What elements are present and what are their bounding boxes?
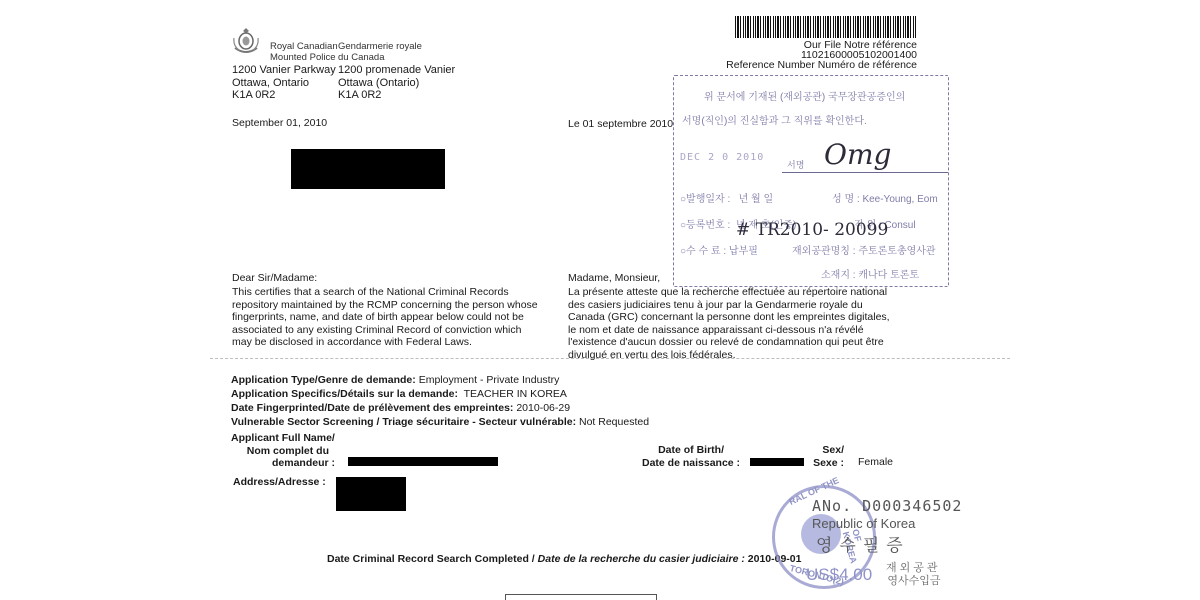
stamp-line-2: 서명(직인)의 진실함과 그 직위를 확인한다. <box>682 112 867 127</box>
rcmp-crest-icon <box>232 26 260 58</box>
date-en: September 01, 2010 <box>232 117 327 130</box>
signature-line <box>782 172 948 173</box>
reference-number-label: Reference Number Numéro de référence <box>726 60 917 71</box>
section-divider <box>210 358 1010 359</box>
sex-value: Female <box>858 456 893 469</box>
fee-label: ○수 수 료 : 납부필 <box>680 242 758 257</box>
handwritten-registration-number: # TR2010- 20099 <box>736 220 888 240</box>
application-type: Application Type/Genre de demande: Emplo… <box>231 374 559 387</box>
redacted-dob <box>750 458 804 466</box>
address-en: 1200 Vanier Parkway Ottawa, Ontario K1A … <box>232 64 336 102</box>
address-fr: 1200 promenade Vanier Ottawa (Ontario) K… <box>338 64 455 102</box>
org-name-en: Royal Canadian Mounted Police <box>270 42 338 63</box>
vulnerable-sector-screening: Vulnerable Sector Screening / Triage séc… <box>231 416 649 429</box>
office-name: 재외공관명칭 : 주토론토총영사관 <box>792 242 936 257</box>
receipt-fee: US$4.00 <box>806 565 872 585</box>
body-fr: La présente atteste que la recherche eff… <box>568 286 908 361</box>
applicant-name-label: Applicant Full Name/ Nom complet du dema… <box>231 432 335 470</box>
signature-label: 서명 <box>787 158 804 171</box>
body-en: This certifies that a search of the Nati… <box>232 286 552 349</box>
salutation-en: Dear Sir/Madame: <box>232 272 317 285</box>
barcode <box>735 16 917 38</box>
stamp-date: DEC 2 0 2010 <box>680 152 764 163</box>
signature-box <box>505 594 657 600</box>
org-name-fr: Gendarmerie royale du Canada <box>338 42 422 63</box>
receipt-title: 영수필증 <box>816 531 962 556</box>
dob-label: Date of Birth/ Date de naissance : <box>642 444 740 469</box>
receipt-number: ANo. D000346502 <box>812 497 962 515</box>
consular-certification-stamp: 위 문서에 기재된 (재외공관) 국무장관공증인의 서명(직인)의 진실함과 그… <box>673 75 949 287</box>
receipt-country: Republic of Korea <box>812 516 962 531</box>
sex-label: Sex/ Sexe : <box>810 444 844 469</box>
address-label: Address/Adresse : <box>233 476 326 489</box>
consul-name: 성 명 : Kee-Young, Eom <box>832 190 938 205</box>
date-fingerprinted: Date Fingerprinted/Date de prélèvement d… <box>231 402 570 415</box>
receipt-office: 재외공관 영사수입금 <box>886 562 941 588</box>
redacted-address <box>336 477 406 511</box>
salutation-fr: Madame, Monsieur, <box>568 272 660 285</box>
redacted-applicant-name <box>348 457 498 466</box>
consul-signature: Omg <box>824 138 891 171</box>
office-location: 소재지 : 캐나다 토론토 <box>821 266 919 281</box>
search-completed: Date Criminal Record Search Completed / … <box>327 553 801 566</box>
redacted-recipient <box>291 149 445 189</box>
application-specifics: Application Specifics/Détails sur la dem… <box>231 388 567 401</box>
stamp-line-1: 위 문서에 기재된 (재외공관) 국무장관공증인의 <box>704 88 905 103</box>
date-fr: Le 01 septembre 2010 <box>568 118 673 131</box>
receipt-stamp: ANo. D000346502 Republic of Korea 영수필증 <box>812 497 962 556</box>
issue-date-label: ○발행일자 : 년 월 일 <box>680 190 773 205</box>
